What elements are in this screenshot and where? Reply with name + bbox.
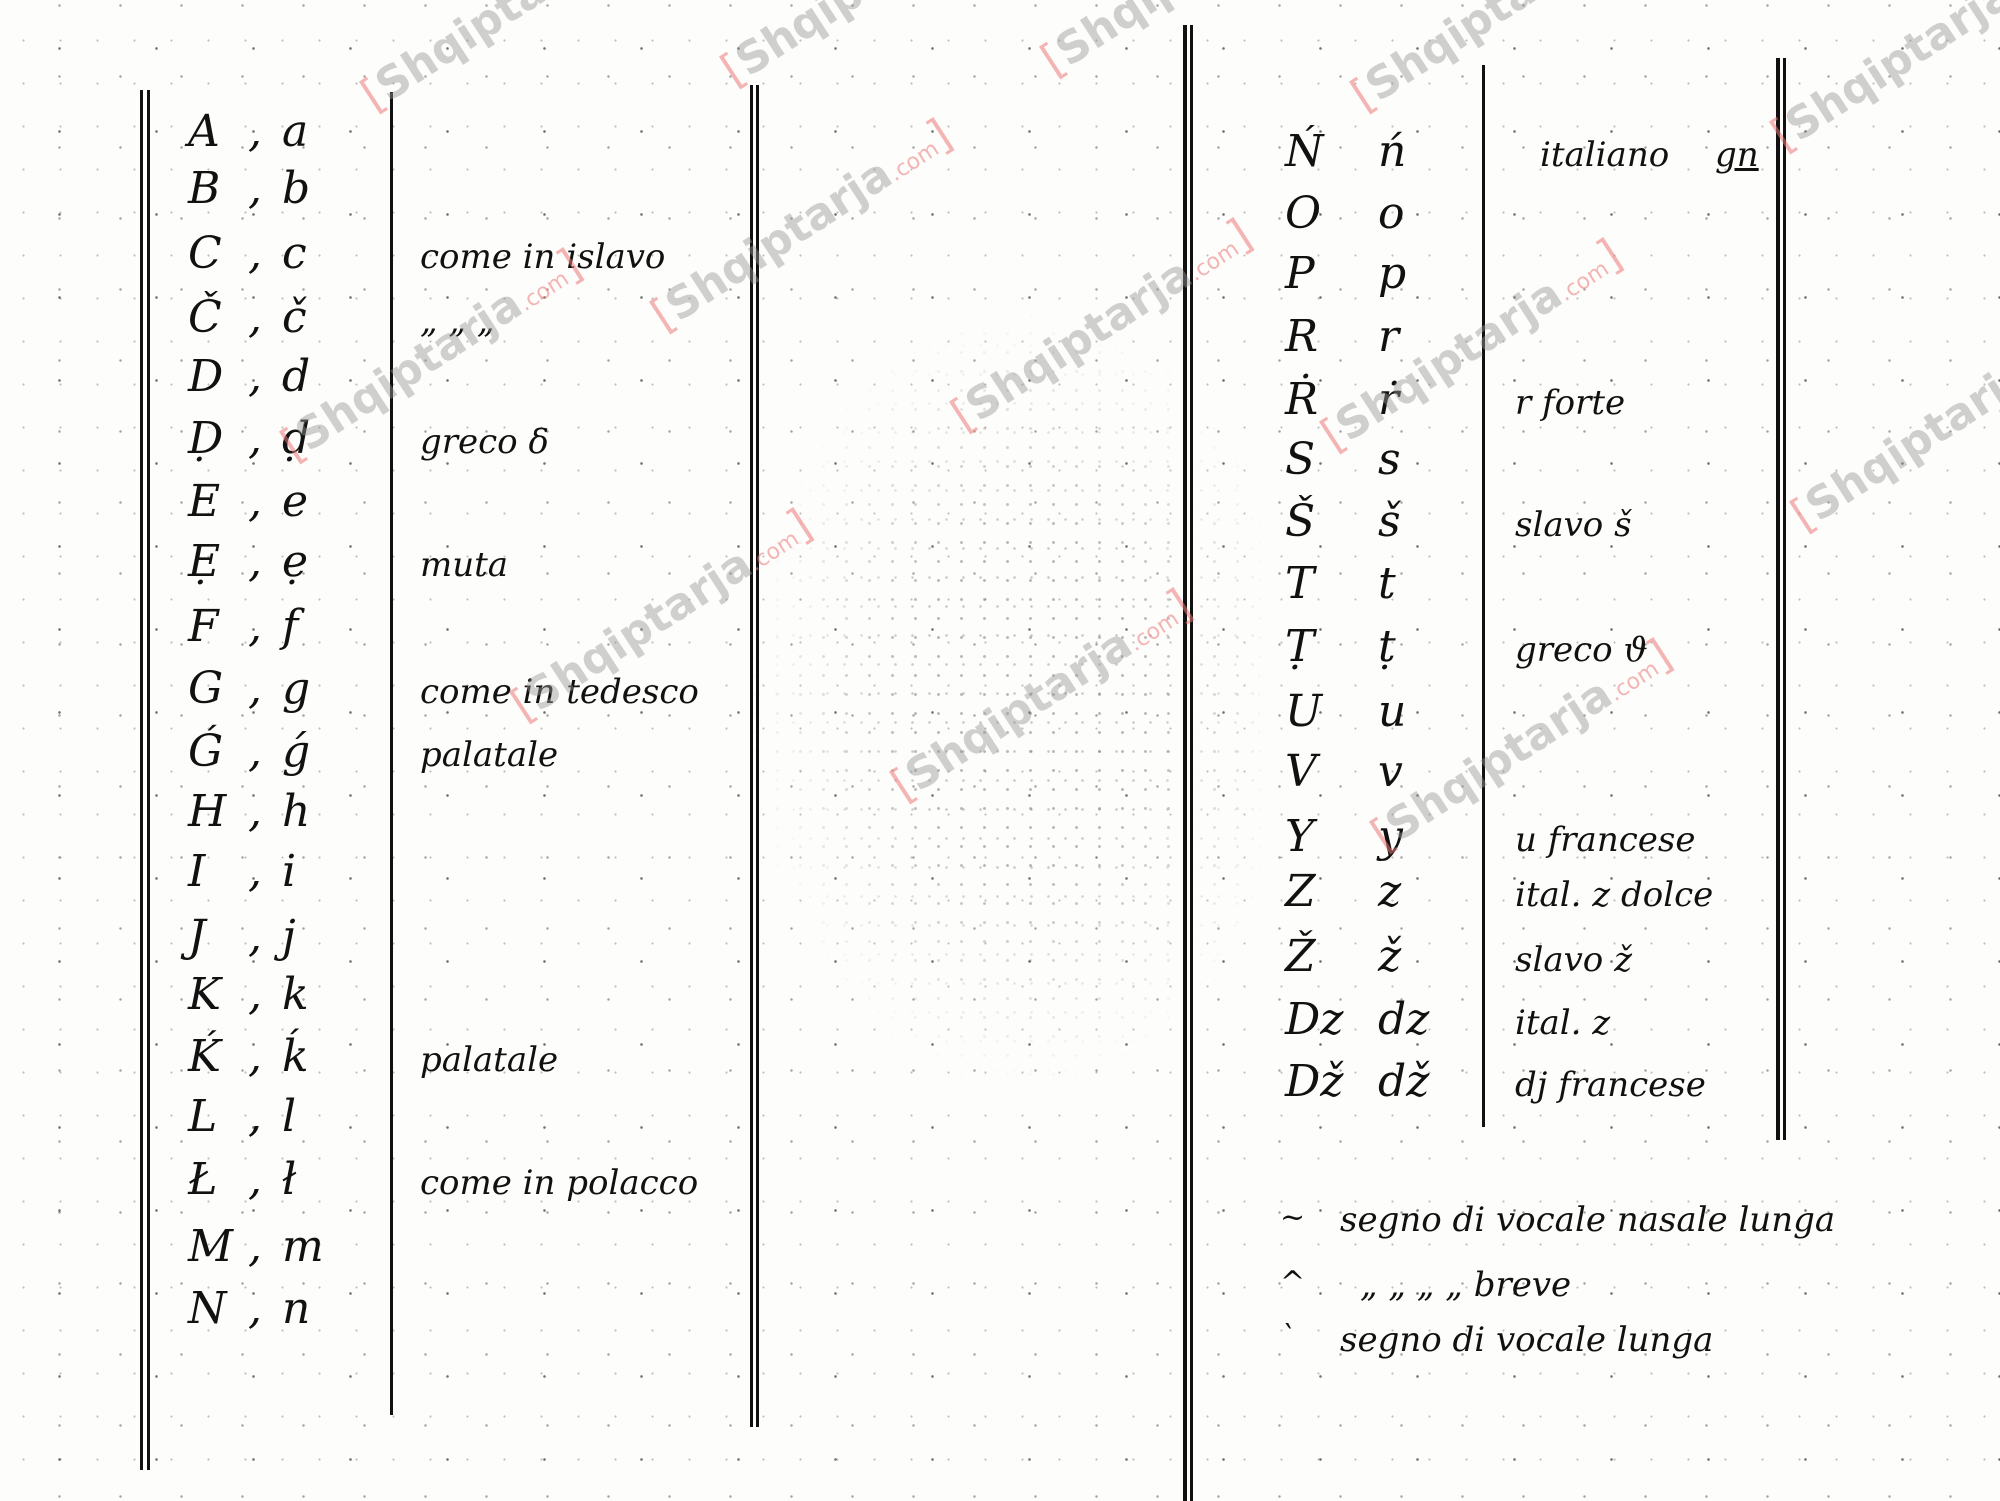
pronunciation-note: palatale — [420, 1043, 558, 1077]
watermark-shqiptarja: [Shqiptarja.com] — [1312, 229, 1630, 461]
uppercase-letter: Z — [1285, 870, 1316, 914]
watermark-shqiptarja: [Shqiptarja.com] — [712, 0, 1030, 96]
left-outer-rule — [140, 90, 143, 1470]
uppercase-letter: K — [188, 973, 221, 1017]
uppercase-letter: Ḍ — [188, 417, 223, 461]
letter-separator-comma: , — [248, 1035, 262, 1079]
uppercase-letter: V — [1285, 750, 1317, 794]
lowercase-letter: ǵ — [282, 730, 310, 774]
uppercase-letter: H — [188, 790, 226, 834]
lowercase-letter: m — [282, 1225, 324, 1269]
uppercase-letter: T — [1285, 562, 1314, 606]
letter-separator-comma: , — [248, 730, 262, 774]
diacritic-description: segno di vocale lunga — [1340, 1323, 1713, 1357]
lowercase-letter: ḱ — [282, 1035, 309, 1079]
lowercase-letter: j — [282, 915, 296, 959]
lowercase-letter: t — [1378, 562, 1396, 606]
uppercase-letter: Ł — [188, 1158, 217, 1202]
uppercase-letter: Ǵ — [188, 730, 223, 774]
watermark-shqiptarja: [Shqiptarja.com] — [1342, 0, 1660, 121]
left-column-divider — [390, 92, 393, 1415]
lowercase-letter: l — [282, 1095, 296, 1139]
lowercase-letter: c — [282, 232, 307, 276]
watermark-shqiptarja: [Shqiptarja.com] — [1762, 0, 2000, 161]
lowercase-letter: r — [1378, 315, 1399, 359]
lowercase-letter: e — [282, 480, 308, 524]
diacritic-mark: ^ — [1280, 1268, 1305, 1298]
diacritic-mark: ` — [1280, 1323, 1295, 1353]
letter-separator-comma: , — [248, 1287, 262, 1331]
lowercase-letter: b — [282, 167, 310, 211]
letter-separator-comma: , — [248, 1158, 262, 1202]
pronunciation-note: italiano — [1540, 138, 1669, 172]
uppercase-letter: Ḱ — [188, 1035, 221, 1079]
uppercase-letter: A — [188, 110, 220, 154]
pronunciation-note: u francese — [1515, 823, 1695, 857]
uppercase-letter: L — [188, 1095, 217, 1139]
uppercase-letter: Č — [188, 296, 222, 340]
diacritic-description: „ „ „ „ breve — [1360, 1268, 1571, 1302]
right-outer-rule — [1183, 25, 1187, 1501]
lowercase-letter: š — [1378, 500, 1401, 544]
letter-separator-comma: , — [248, 110, 262, 154]
right-column-divider — [1482, 65, 1485, 1127]
uppercase-letter: G — [188, 667, 223, 711]
watermark-shqiptarja: [Shqiptarja.com] — [352, 0, 670, 121]
pronunciation-note: muta — [420, 548, 508, 582]
uppercase-letter: S — [1285, 438, 1315, 482]
lowercase-letter: ṭ — [1378, 625, 1396, 669]
lowercase-letter: ẹ — [282, 540, 308, 584]
uppercase-letter: Š — [1285, 500, 1315, 544]
letter-separator-comma: , — [248, 667, 262, 711]
lowercase-letter: k — [282, 973, 309, 1017]
uppercase-letter: U — [1285, 690, 1322, 734]
letter-separator-comma: , — [248, 1095, 262, 1139]
uppercase-letter: O — [1285, 192, 1321, 236]
uppercase-letter: Dž — [1285, 1060, 1343, 1104]
uppercase-letter: Ẹ — [188, 540, 220, 584]
uppercase-letter: N — [188, 1287, 227, 1331]
lowercase-letter: a — [282, 110, 308, 154]
uppercase-letter: Ṭ — [1285, 625, 1314, 669]
uppercase-letter: I — [188, 850, 205, 894]
lowercase-letter: y — [1378, 815, 1403, 859]
letter-separator-comma: , — [248, 296, 262, 340]
lowercase-letter: ḍ — [282, 417, 310, 461]
gutter-scan-noise — [740, 300, 1260, 1100]
lowercase-letter: ł — [282, 1158, 296, 1202]
letter-separator-comma: , — [248, 973, 262, 1017]
pronunciation-note: ital. z dolce — [1515, 878, 1713, 912]
uppercase-letter: Y — [1285, 815, 1314, 859]
uppercase-letter: Ń — [1285, 130, 1324, 174]
letter-separator-comma: , — [248, 915, 262, 959]
lowercase-letter: ž — [1378, 935, 1401, 979]
lowercase-letter: z — [1378, 870, 1401, 914]
lowercase-letter: ṙ — [1378, 378, 1399, 422]
uppercase-letter: C — [188, 232, 222, 276]
uppercase-letter: B — [188, 167, 220, 211]
uppercase-letter: Dz — [1285, 998, 1343, 1042]
uppercase-letter: M — [188, 1225, 233, 1269]
letter-separator-comma: , — [248, 355, 262, 399]
letter-separator-comma: , — [248, 1225, 262, 1269]
uppercase-letter: R — [1285, 315, 1318, 359]
letter-separator-comma: , — [248, 167, 262, 211]
lowercase-letter: p — [1378, 252, 1406, 296]
right-right-rule — [1776, 58, 1780, 1140]
lowercase-letter: č — [282, 296, 307, 340]
lowercase-letter: n — [282, 1287, 310, 1331]
pronunciation-note: „ „ „ — [420, 304, 494, 338]
uppercase-letter: J — [188, 915, 206, 959]
pronunciation-note: r forte — [1515, 386, 1625, 420]
lowercase-letter: h — [282, 790, 310, 834]
letter-separator-comma: , — [248, 605, 262, 649]
right-right-rule-inner — [1783, 58, 1786, 1140]
letter-separator-comma: , — [248, 540, 262, 584]
lowercase-letter: g — [282, 667, 310, 711]
uppercase-letter: P — [1285, 252, 1315, 296]
lowercase-letter: dz — [1378, 998, 1429, 1042]
pronunciation-note: dj francese — [1515, 1068, 1706, 1102]
lowercase-letter: d — [282, 355, 310, 399]
right-outer-rule-inner — [1190, 25, 1193, 1501]
letter-separator-comma: , — [248, 790, 262, 834]
left-right-rule-inner — [756, 85, 759, 1427]
pronunciation-note: come in tedesco — [420, 675, 699, 709]
uppercase-letter: E — [188, 480, 220, 524]
watermark-shqiptarja: [Shqiptarja.com] — [1782, 309, 2000, 541]
lowercase-letter: dž — [1378, 1060, 1429, 1104]
uppercase-letter: Ž — [1285, 935, 1316, 979]
lowercase-letter: v — [1378, 750, 1403, 794]
pronunciation-note: greco δ — [420, 425, 549, 459]
lowercase-letter: o — [1378, 192, 1405, 236]
lowercase-letter: s — [1378, 438, 1401, 482]
lowercase-letter: f — [282, 605, 298, 649]
pronunciation-note: come in islavo — [420, 240, 665, 274]
diacritic-mark: ~ — [1280, 1203, 1305, 1233]
uppercase-letter: F — [188, 605, 219, 649]
left-right-rule — [750, 85, 753, 1427]
letter-separator-comma: , — [248, 232, 262, 276]
pronunciation-note: slavo ž — [1515, 943, 1632, 977]
pronunciation-note: palatale — [420, 738, 558, 772]
letter-separator-comma: , — [248, 850, 262, 894]
lowercase-letter: ń — [1378, 130, 1406, 174]
left-outer-rule-inner — [147, 90, 150, 1470]
uppercase-letter: Ṙ — [1285, 378, 1318, 422]
pronunciation-note: slavo š — [1515, 508, 1632, 542]
pronunciation-note: ital. z — [1515, 1006, 1610, 1040]
letter-separator-comma: , — [248, 417, 262, 461]
lowercase-letter: i — [282, 850, 296, 894]
pronunciation-note: greco ϑ — [1515, 633, 1648, 667]
lowercase-letter: u — [1378, 690, 1406, 734]
uppercase-letter: D — [188, 355, 223, 399]
letter-separator-comma: , — [248, 480, 262, 524]
diacritic-description: segno di vocale nasale lunga — [1340, 1203, 1835, 1237]
pronunciation-note: come in polacco — [420, 1166, 698, 1200]
pronunciation-note-underlined: gn — [1715, 138, 1759, 172]
